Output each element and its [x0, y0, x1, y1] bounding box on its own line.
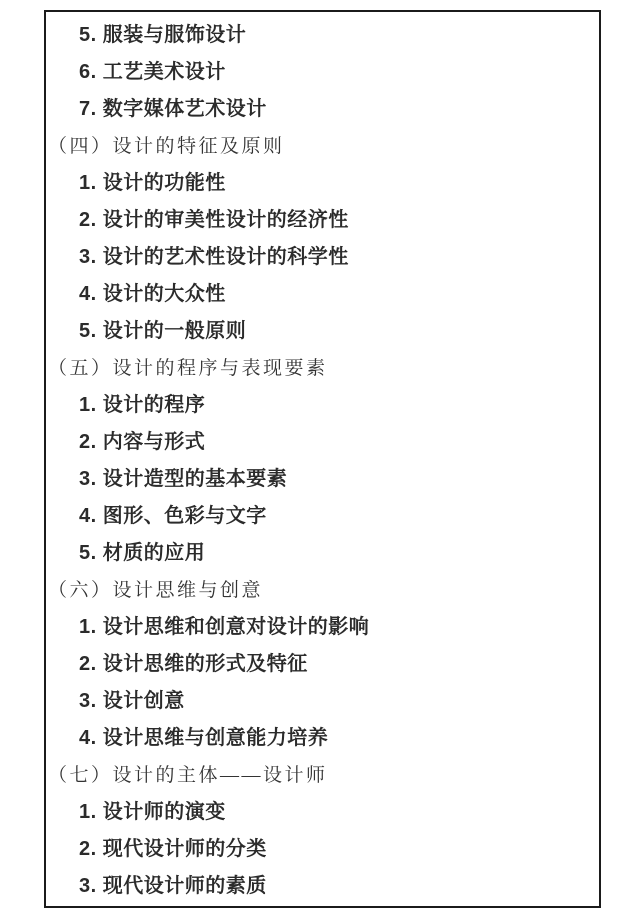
outline-item: 2. 设计思维的形式及特征 — [79, 646, 599, 683]
outline-item: 5. 设计的一般原则 — [79, 313, 599, 350]
outline-item: 3. 设计创意 — [79, 683, 599, 720]
outline-section-heading: （四）设计的特征及原则 — [48, 128, 599, 165]
outline-item: 7. 数字媒体艺术设计 — [79, 91, 599, 128]
document-page: 5. 服装与服饰设计6. 工艺美术设计7. 数字媒体艺术设计（四）设计的特征及原… — [44, 10, 601, 908]
outline-item: 4. 设计思维与创意能力培养 — [79, 720, 599, 757]
outline-section-heading: （五）设计的程序与表现要素 — [48, 350, 599, 387]
outline-item: 1. 设计思维和创意对设计的影响 — [79, 609, 599, 646]
outline-section-heading: （七）设计的主体——设计师 — [48, 757, 599, 794]
outline-item: 2. 现代设计师的分类 — [79, 831, 599, 868]
outline-item: 3. 设计造型的基本要素 — [79, 461, 599, 498]
outline-item: 2. 设计的审美性设计的经济性 — [79, 202, 599, 239]
outline-item: 3. 现代设计师的素质 — [79, 868, 599, 905]
outline-item: 4. 图形、色彩与文字 — [79, 498, 599, 535]
outline-item: 1. 设计的程序 — [79, 387, 599, 424]
outline-item: 6. 工艺美术设计 — [79, 54, 599, 91]
outline-item: 3. 设计的艺术性设计的科学性 — [79, 239, 599, 276]
outline-section-heading: （六）设计思维与创意 — [48, 572, 599, 609]
outline-list: 5. 服装与服饰设计6. 工艺美术设计7. 数字媒体艺术设计（四）设计的特征及原… — [46, 12, 599, 905]
outline-item: 5. 服装与服饰设计 — [79, 17, 599, 54]
outline-item: 4. 设计的大众性 — [79, 276, 599, 313]
outline-item: 1. 设计的功能性 — [79, 165, 599, 202]
outline-item: 1. 设计师的演变 — [79, 794, 599, 831]
outline-item: 2. 内容与形式 — [79, 424, 599, 461]
outline-item: 5. 材质的应用 — [79, 535, 599, 572]
